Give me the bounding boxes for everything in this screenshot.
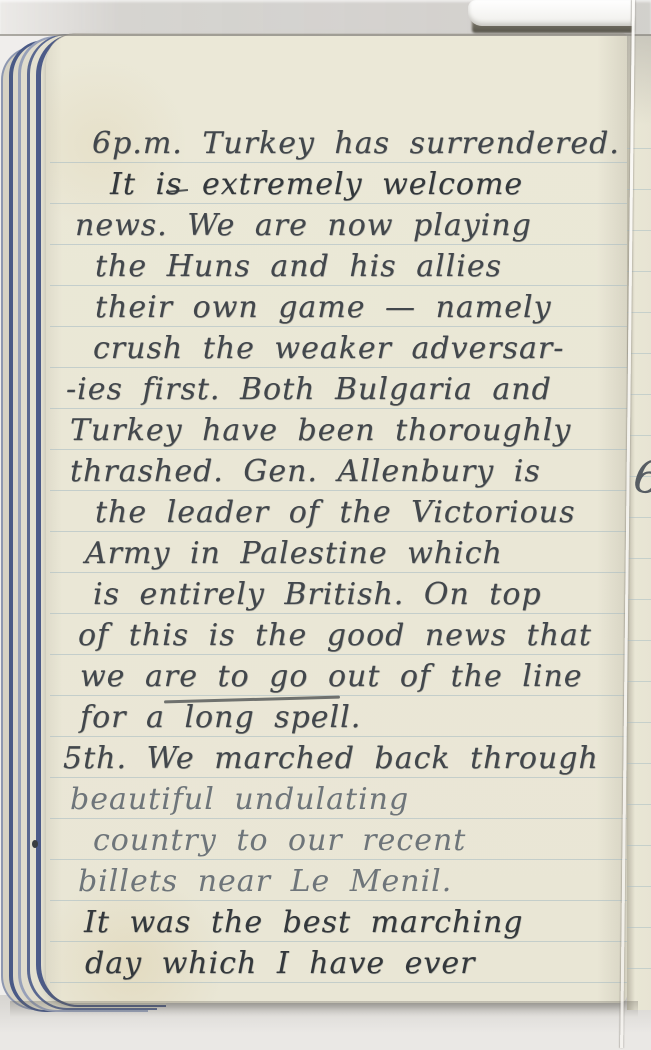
notebook-page: 6p.m. Turkey has surrendered. It is extr…	[46, 33, 627, 1003]
handwriting-line: It was the best marching	[46, 902, 627, 943]
handwriting-line: Turkey have been thoroughly	[46, 410, 627, 451]
handwriting-line: billets near Le Menil.	[46, 861, 627, 902]
handwriting-line: It is extremely welcome	[46, 164, 627, 205]
handwriting-line: is entirely British. On top	[46, 574, 627, 615]
diary-photo: 6p.m. Turkey has surrendered. It is extr…	[0, 0, 651, 1050]
handwriting-line: 6p.m. Turkey has surrendered.	[46, 123, 627, 164]
handwriting-line: -ies first. Both Bulgaria and	[46, 369, 627, 410]
ink-dot	[32, 840, 38, 848]
handwriting-line: the Huns and his allies	[46, 246, 627, 287]
handwriting-line: beautiful undulating	[46, 779, 627, 820]
handwriting-line: the leader of the Victorious	[46, 492, 627, 533]
handwriting-block: 6p.m. Turkey has surrendered. It is extr…	[46, 123, 627, 984]
handwriting-line: thrashed. Gen. Allenbury is	[46, 451, 627, 492]
handwriting-line: news. We are now playing	[46, 205, 627, 246]
handwriting-line: for a long spell.	[46, 697, 627, 738]
handwriting-line: we are to go out of the line	[46, 656, 627, 697]
handwriting-line: Army in Palestine which	[46, 533, 627, 574]
page-shadow	[10, 1001, 638, 1017]
handwriting-line: their own game — namely	[46, 287, 627, 328]
handwriting-line: day which I have ever	[46, 943, 627, 984]
handwriting-line: of this is the good news that	[46, 615, 627, 656]
handwriting-line: crush the weaker adversar-	[46, 328, 627, 369]
white-bar-weight	[468, 0, 634, 26]
handwriting-line: country to our recent	[46, 820, 627, 861]
handwriting-line: 5th. We marched back through	[46, 738, 627, 779]
